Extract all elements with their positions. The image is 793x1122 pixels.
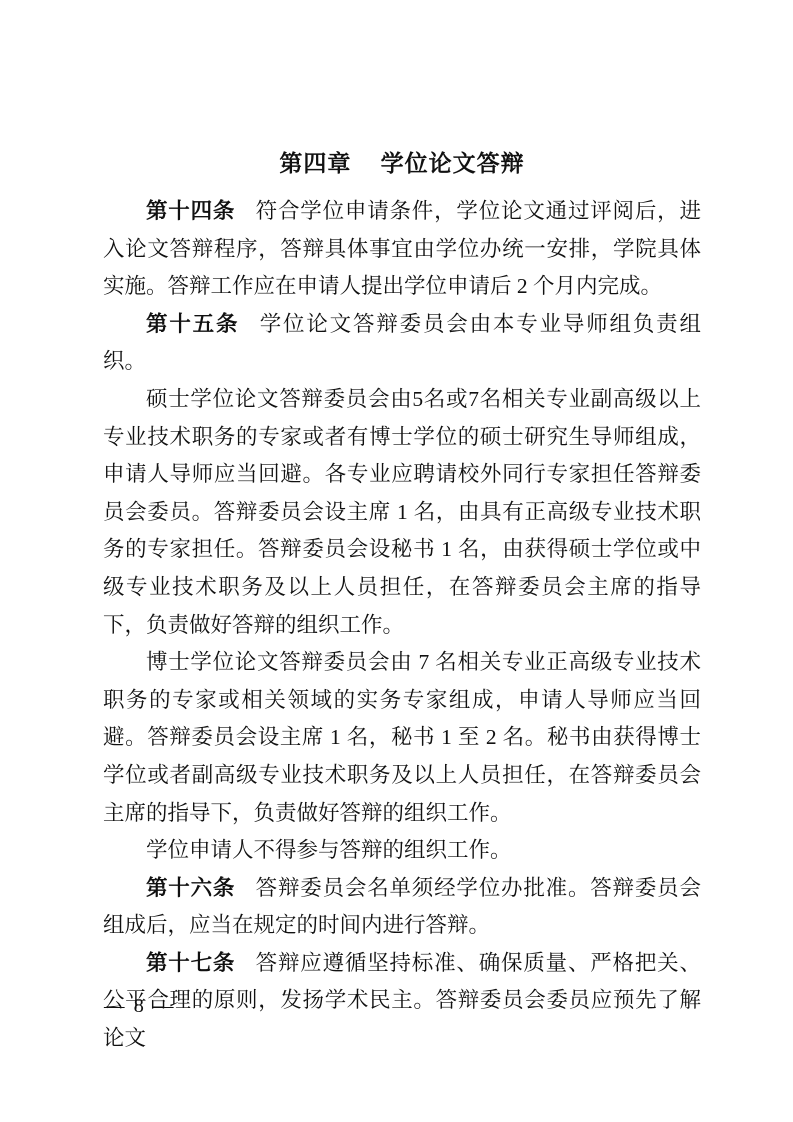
article-text: 第十四条符合学位申请条件，学位论文通过评阅后，进入论文答辩程序，答辩具体事宜由学… — [103, 193, 701, 1058]
applicant-restriction-text: 学位申请人不得参与答辩的组织工作。 — [146, 838, 512, 862]
paragraph-master-committee: 硕士学位论文答辩委员会由5名或7名相关专业副高级以上专业技术职务的专家或者有博士… — [103, 381, 701, 644]
paragraph-doctoral-committee: 博士学位论文答辩委员会由 7 名相关专业正高级专业技术职务的专家或相关领域的实务… — [103, 644, 701, 832]
article-15-label: 第十五条 — [146, 312, 239, 336]
paragraph-article-17: 第十七条答辩应遵循坚持标准、确保质量、严格把关、公平合理的原则，发扬学术民主。答… — [103, 945, 701, 1058]
page-number: — 8 — — [104, 995, 176, 1017]
article-14-label: 第十四条 — [146, 199, 235, 223]
paragraph-article-15: 第十五条学位论文答辩委员会由本专业导师组负责组织。 — [103, 306, 701, 381]
chapter-number: 第四章 — [279, 150, 351, 176]
page-footer: — 8 — — [104, 995, 176, 1018]
master-committee-text: 硕士学位论文答辩委员会由5名或7名相关专业副高级以上专业技术职务的专家或者有博士… — [103, 387, 701, 637]
article-16-label: 第十六条 — [146, 876, 235, 900]
chapter-title: 学位论文答辩 — [381, 150, 525, 176]
article-17-label: 第十七条 — [146, 951, 235, 975]
paragraph-article-16: 第十六条答辩委员会名单须经学位办批准。答辩委员会组成后，应当在规定的时间内进行答… — [103, 870, 701, 945]
doctoral-committee-text: 博士学位论文答辩委员会由 7 名相关专业正高级专业技术职务的专家或相关领域的实务… — [103, 650, 701, 824]
document-body: 第四章 学位论文答辩 第十四条符合学位申请条件，学位论文通过评阅后，进入论文答辩… — [103, 146, 701, 1058]
document-page: 第四章 学位论文答辩 第十四条符合学位申请条件，学位论文通过评阅后，进入论文答辩… — [0, 0, 793, 1122]
paragraph-article-14: 第十四条符合学位申请条件，学位论文通过评阅后，进入论文答辩程序，答辩具体事宜由学… — [103, 193, 701, 306]
chapter-heading: 第四章 学位论文答辩 — [103, 146, 701, 180]
paragraph-applicant-restriction: 学位申请人不得参与答辩的组织工作。 — [103, 832, 701, 870]
